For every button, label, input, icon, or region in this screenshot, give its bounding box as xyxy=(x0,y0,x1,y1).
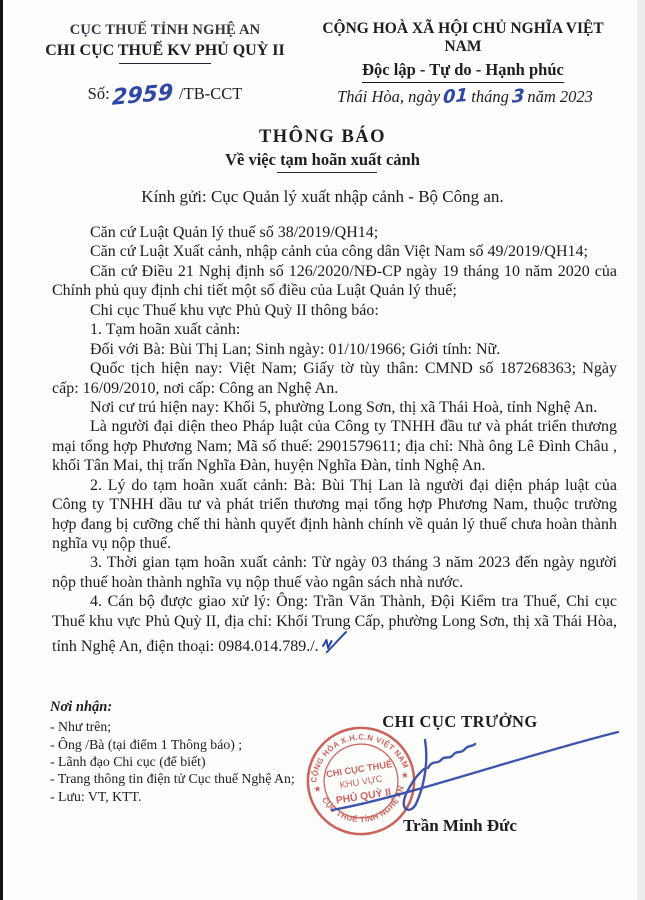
issuing-agency-block: CỤC THUẾ TỈNH NGHỆ AN CHI CỤC THUẾ KV PH… xyxy=(30,22,300,64)
handwritten-doc-number: 2959 xyxy=(111,86,173,105)
document-title: THÔNG BÁO xyxy=(0,127,645,148)
national-title: CỘNG HOÀ XÃ HỘI CHỦ NGHĨA VIỆT NAM xyxy=(303,20,623,56)
parent-agency-name: CỤC THUẾ TỈNH NGHỆ AN xyxy=(30,22,300,39)
handwritten-initials-mark-icon xyxy=(321,631,347,655)
date-pre: Thái Hòa, ngày xyxy=(337,87,440,106)
agency-underline xyxy=(119,63,211,64)
paragraph-person-info: Đối với Bà: Bùi Thị Lan; Sinh ngày: 01/1… xyxy=(52,340,617,359)
handwritten-signature xyxy=(312,712,627,822)
issuing-agency-name: CHI CỤC THUẾ KV PHỦ QUỲ II xyxy=(30,42,300,60)
paragraph-legal-basis-1: Căn cứ Luật Quản lý thuế số 38/2019/QH14… xyxy=(52,223,617,242)
paragraph-item2-reason: 2. Lý do tạm hoãn xuất cảnh: Bà: Bùi Thị… xyxy=(52,476,617,554)
paragraph-item4-officer: 4. Cán bộ được giao xử lý: Ông: Trần Văn… xyxy=(52,592,617,656)
distribution-heading: Nơi nhận: xyxy=(50,698,350,716)
date-post: năm 2023 xyxy=(527,87,593,106)
paragraph-announcement: Chi cục Thuế khu vực Phủ Quỳ II thông bá… xyxy=(52,301,617,320)
document-body: Căn cứ Luật Quản lý thuế số 38/2019/QH14… xyxy=(52,223,617,657)
paragraph-item1-heading: 1. Tạm hoãn xuất cảnh: xyxy=(52,320,617,339)
handwritten-month: 3 xyxy=(511,85,525,107)
national-header-block: CỘNG HOÀ XÃ HỘI CHỦ NGHĨA VIỆT NAM Độc l… xyxy=(303,20,623,83)
paragraph-residence-info: Nơi cư trú hiện nay: Khối 5, phường Long… xyxy=(52,398,617,417)
doc-number-suffix: /TB-CCT xyxy=(179,84,242,103)
paragraph-item3-duration: 3. Thời gian tạm hoãn xuất cảnh: Từ ngày… xyxy=(52,553,617,592)
paragraph-legal-basis-2: Căn cứ Luật Xuất cảnh, nhập cảnh của côn… xyxy=(52,242,617,261)
national-motto: Độc lập - Tự do - Hạnh phúc xyxy=(362,60,564,83)
handwritten-day: 01 xyxy=(443,85,469,108)
doc-number-prefix: Số: xyxy=(88,84,110,103)
document-number-line: Số:2959 /TB-CCT xyxy=(30,84,300,104)
recipient-line: Kính gửi: Cục Quản lý xuất nhập cảnh - B… xyxy=(0,187,645,207)
document-subtitle: Về việc tạm hoãn xuất cảnh xyxy=(0,150,645,170)
scanned-document-page: CỤC THUẾ TỈNH NGHỆ AN CHI CỤC THUẾ KV PH… xyxy=(0,0,645,900)
date-mid: tháng xyxy=(471,87,509,106)
paragraph-company-info: Là người đại diện theo Pháp luật của Côn… xyxy=(52,417,617,475)
paragraph-id-info: Quốc tịch hiện nay: Việt Nam; Giấy tờ tù… xyxy=(52,359,617,398)
paragraph-legal-basis-3: Căn cứ Điều 21 Nghị định số 126/2020/NĐ-… xyxy=(52,262,617,301)
place-date-line: Thái Hòa, ngày01tháng3năm 2023 xyxy=(300,86,630,107)
subtitle-underline xyxy=(277,172,377,173)
